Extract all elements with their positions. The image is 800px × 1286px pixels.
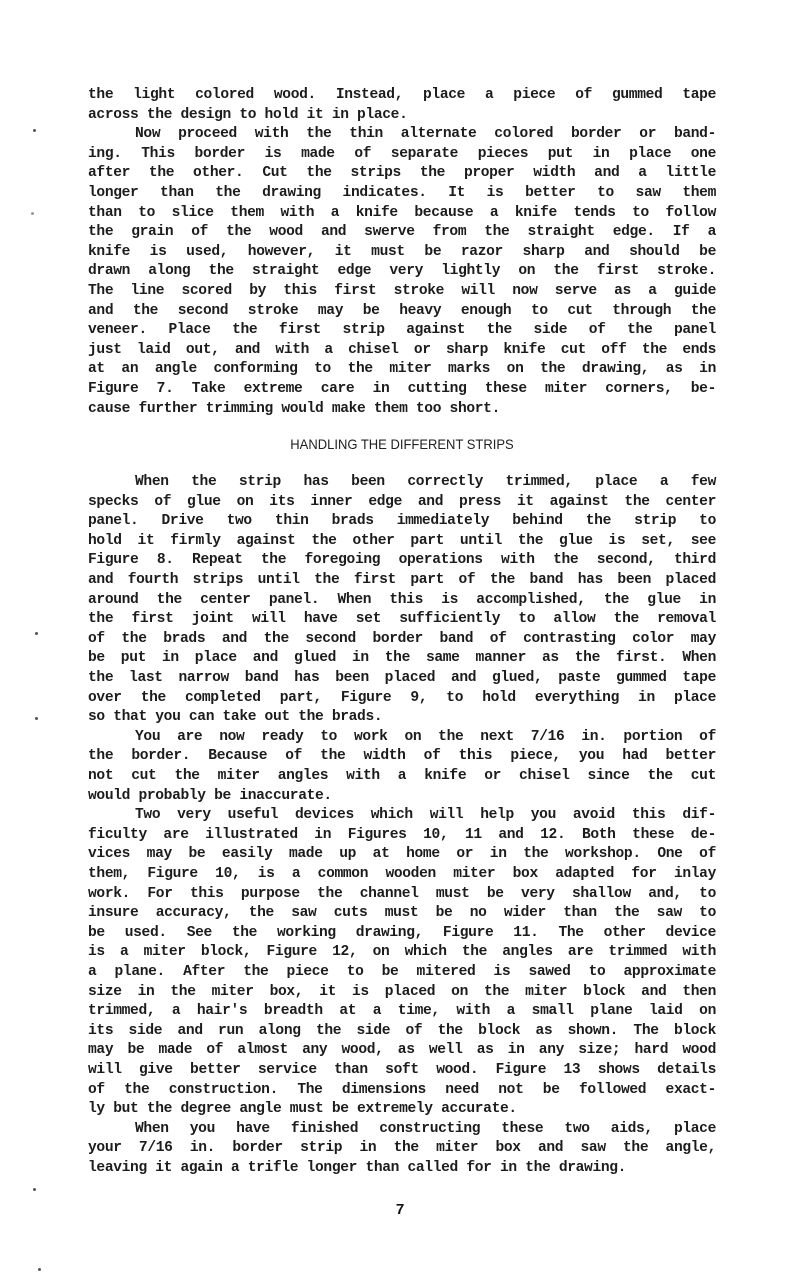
scan-speck xyxy=(33,129,36,132)
text-line: would probably be inaccurate. xyxy=(88,787,716,807)
text-line: leaving it again a trifle longer than ca… xyxy=(88,1159,716,1179)
text-line: its side and run along the side of the b… xyxy=(88,1022,716,1042)
section-heading: HANDLING THE DIFFERENT STRIPS xyxy=(88,437,716,454)
text-line: of the brads and the second border band … xyxy=(88,630,716,650)
section-bottom: When the strip has been correctly trimme… xyxy=(88,473,716,1178)
text-line: be put in place and glued in the same ma… xyxy=(88,649,716,669)
text-line: Now proceed with the thin alternate colo… xyxy=(88,125,716,145)
text-line: ficulty are illustrated in Figures 10, 1… xyxy=(88,826,716,846)
text-line: longer than the drawing indicates. It is… xyxy=(88,184,716,204)
text-line: and the second stroke may be heavy enoug… xyxy=(88,302,716,322)
text-line: a plane. After the piece to be mitered i… xyxy=(88,963,716,983)
text-line: When the strip has been correctly trimme… xyxy=(88,473,716,493)
text-line: Two very useful devices which will help … xyxy=(88,806,716,826)
text-line: them, Figure 10, is a common wooden mite… xyxy=(88,865,716,885)
text-line: When you have finished constructing thes… xyxy=(88,1120,716,1140)
text-line: around the center panel. When this is ac… xyxy=(88,591,716,611)
text-line: vices may be easily made up at home or i… xyxy=(88,845,716,865)
text-line: ing. This border is made of separate pie… xyxy=(88,145,716,165)
paragraph: When you have finished constructing thes… xyxy=(88,1120,716,1179)
text-line: will give better service than soft wood.… xyxy=(88,1061,716,1081)
text-line: just laid out, and with a chisel or shar… xyxy=(88,341,716,361)
paragraph: When the strip has been correctly trimme… xyxy=(88,473,716,728)
text-line: Figure 7. Take extreme care in cutting t… xyxy=(88,380,716,400)
text-line: cause further trimming would make them t… xyxy=(88,400,716,420)
text-line: the last narrow band has been placed and… xyxy=(88,669,716,689)
text-line: panel. Drive two thin brads immediately … xyxy=(88,512,716,532)
text-line: and fourth strips until the first part o… xyxy=(88,571,716,591)
text-line: The line scored by this first stroke wil… xyxy=(88,282,716,302)
text-line: after the other. Cut the strips the prop… xyxy=(88,164,716,184)
scan-speck xyxy=(33,1188,36,1191)
text-line: over the completed part, Figure 9, to ho… xyxy=(88,689,716,709)
text-line: size in the miter box, it is placed on t… xyxy=(88,983,716,1003)
text-line: may be made of almost any wood, as well … xyxy=(88,1041,716,1061)
text-line: is a miter block, Figure 12, on which th… xyxy=(88,943,716,963)
text-line: ly but the degree angle must be extremel… xyxy=(88,1100,716,1120)
text-line: knife is used, however, it must be razor… xyxy=(88,243,716,263)
text-line: Figure 8. Repeat the foregoing operation… xyxy=(88,551,716,571)
scan-speck xyxy=(35,717,38,720)
text-line: of the construction. The dimensions need… xyxy=(88,1081,716,1101)
text-line: work. For this purpose the channel must … xyxy=(88,885,716,905)
scan-speck xyxy=(31,212,34,215)
text-line: not cut the miter angles with a knife or… xyxy=(88,767,716,787)
page-number: 7 xyxy=(0,1201,800,1218)
text-line: hold it firmly against the other part un… xyxy=(88,532,716,552)
page-body: the light colored wood. Instead, place a… xyxy=(88,86,716,1178)
text-line: drawn along the straight edge very light… xyxy=(88,262,716,282)
text-line: the light colored wood. Instead, place a… xyxy=(88,86,716,106)
text-line: specks of glue on its inner edge and pre… xyxy=(88,493,716,513)
paragraph: the light colored wood. Instead, place a… xyxy=(88,86,716,125)
text-line: than to slice them with a knife because … xyxy=(88,204,716,224)
text-line: the border. Because of the width of this… xyxy=(88,747,716,767)
text-line: You are now ready to work on the next 7/… xyxy=(88,728,716,748)
text-line: be used. See the working drawing, Figure… xyxy=(88,924,716,944)
text-line: at an angle conforming to the miter mark… xyxy=(88,360,716,380)
section-top: the light colored wood. Instead, place a… xyxy=(88,86,716,419)
text-line: your 7/16 in. border strip in the miter … xyxy=(88,1139,716,1159)
paragraph: Two very useful devices which will help … xyxy=(88,806,716,1120)
scan-speck xyxy=(38,1268,41,1271)
text-line: so that you can take out the brads. xyxy=(88,708,716,728)
text-line: across the design to hold it in place. xyxy=(88,106,716,126)
paragraph: Now proceed with the thin alternate colo… xyxy=(88,125,716,419)
text-line: veneer. Place the first strip against th… xyxy=(88,321,716,341)
paragraph: You are now ready to work on the next 7/… xyxy=(88,728,716,806)
text-line: the first joint will have set sufficient… xyxy=(88,610,716,630)
text-line: trimmed, a hair's breadth at a time, wit… xyxy=(88,1002,716,1022)
text-line: insure accuracy, the saw cuts must be no… xyxy=(88,904,716,924)
scan-speck xyxy=(35,632,38,635)
text-line: the grain of the wood and swerve from th… xyxy=(88,223,716,243)
